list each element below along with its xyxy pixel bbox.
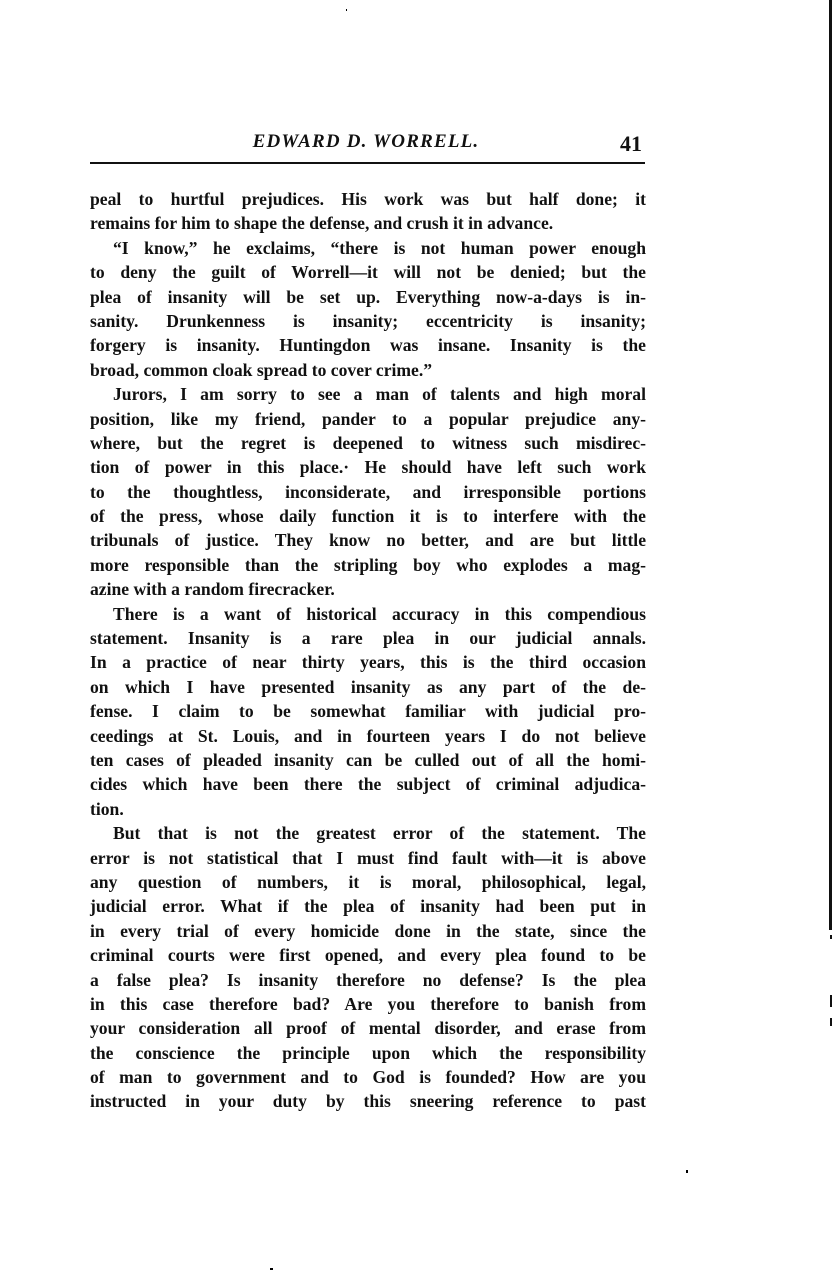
- text-line: tribunals of justice. They know no bette…: [90, 528, 646, 552]
- page-edge-tick: [830, 995, 832, 1007]
- header-rule: [90, 162, 645, 164]
- text-line: sanity. Drunkenness is insanity; eccentr…: [90, 309, 646, 333]
- page-edge-line: [829, 0, 832, 930]
- running-head-title: EDWARD D. WORRELL.: [126, 131, 606, 153]
- text-line: tion.: [90, 797, 646, 821]
- text-line: the conscience the principle upon which …: [90, 1041, 646, 1065]
- scan-speck: [346, 9, 347, 11]
- text-line: peal to hurtful prejudices. His work was…: [90, 187, 646, 211]
- text-line: cides which have been there the subject …: [90, 772, 646, 796]
- page-number: 41: [620, 131, 642, 157]
- text-line: of the press, whose daily function it is…: [90, 504, 646, 528]
- text-line: in every trial of every homicide done in…: [90, 919, 646, 943]
- text-line: ceedings at St. Louis, and in fourteen y…: [90, 724, 646, 748]
- scan-speck: [686, 1170, 688, 1173]
- scan-speck: [270, 1268, 273, 1270]
- text-line: broad, common cloak spread to cover crim…: [90, 358, 646, 382]
- text-line: to the thoughtless, inconsiderate, and i…: [90, 480, 646, 504]
- text-line: judicial error. What if the plea of insa…: [90, 894, 646, 918]
- text-line: criminal courts were first opened, and e…: [90, 943, 646, 967]
- paragraph-3: Jurors, I am sorry to see a man of talen…: [90, 382, 646, 602]
- text-line: error is not statistical that I must fin…: [90, 846, 646, 870]
- paragraph-2: “I know,” he exclaims, “there is not hum…: [90, 236, 646, 382]
- text-line: azine with a random firecracker.: [90, 577, 646, 601]
- paragraph-5: But that is not the greatest error of th…: [90, 821, 646, 1114]
- text-line: on which I have presented insanity as an…: [90, 675, 646, 699]
- text-line: instructed in your duty by this sneering…: [90, 1089, 646, 1113]
- text-line: where, but the regret is deepened to wit…: [90, 431, 646, 455]
- text-line: more responsible than the stripling boy …: [90, 553, 646, 577]
- page-edge-tick: [830, 935, 832, 939]
- text-line: a false plea? Is insanity therefore no d…: [90, 968, 646, 992]
- text-line: Jurors, I am sorry to see a man of talen…: [90, 382, 646, 406]
- text-line: position, like my friend, pander to a po…: [90, 407, 646, 431]
- text-line: in this case therefore bad? Are you ther…: [90, 992, 646, 1016]
- running-head: EDWARD D. WORRELL. 41: [90, 131, 646, 159]
- text-line: any question of numbers, it is moral, ph…: [90, 870, 646, 894]
- book-page: EDWARD D. WORRELL. 41 peal to hurtful pr…: [0, 0, 836, 1284]
- text-line: “I know,” he exclaims, “there is not hum…: [90, 236, 646, 260]
- text-line: But that is not the greatest error of th…: [90, 821, 646, 845]
- body-text: peal to hurtful prejudices. His work was…: [90, 187, 646, 1114]
- text-line: In a practice of near thirty years, this…: [90, 650, 646, 674]
- text-line: plea of insanity will be set up. Everyth…: [90, 285, 646, 309]
- paragraph-4: There is a want of historical accuracy i…: [90, 602, 646, 822]
- paragraph-1: peal to hurtful prejudices. His work was…: [90, 187, 646, 236]
- text-line: ten cases of pleaded insanity can be cul…: [90, 748, 646, 772]
- text-line: forgery is insanity. Huntingdon was insa…: [90, 333, 646, 357]
- text-line: remains for him to shape the defense, an…: [90, 211, 646, 235]
- text-line: to deny the guilt of Worrell—it will not…: [90, 260, 646, 284]
- text-line: your consideration all proof of mental d…: [90, 1016, 646, 1040]
- text-line: tion of power in this place.· He should …: [90, 455, 646, 479]
- text-line: There is a want of historical accuracy i…: [90, 602, 646, 626]
- text-line: fense. I claim to be somewhat familiar w…: [90, 699, 646, 723]
- text-line: of man to government and to God is found…: [90, 1065, 646, 1089]
- page-edge-tick: [830, 1018, 832, 1026]
- text-line: statement. Insanity is a rare plea in ou…: [90, 626, 646, 650]
